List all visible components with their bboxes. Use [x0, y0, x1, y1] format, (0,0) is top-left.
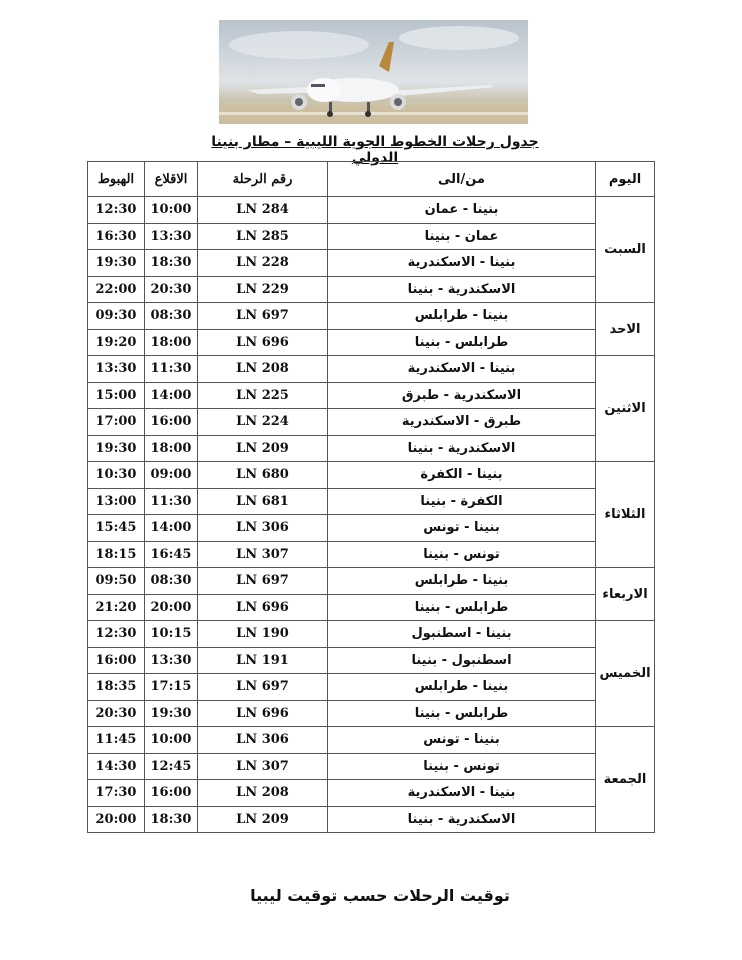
route-cell: الكفرة - بنينا	[328, 488, 596, 515]
departure-cell: 18:00	[145, 329, 198, 356]
table-row: السبتبنينا - عمانLN 28410:0012:30	[88, 197, 655, 224]
table-row: اسطنبول - بنيناLN 19113:3016:00	[88, 647, 655, 674]
route-cell: بنينا - طرابلس	[328, 674, 596, 701]
route-cell: الاسكندرية - طبرق	[328, 382, 596, 409]
airplane-photo	[219, 20, 528, 124]
arrival-cell: 17:30	[88, 780, 145, 807]
table-row: طرابلس - بنيناLN 69618:0019:20	[88, 329, 655, 356]
header-arrival: الهبوط	[88, 162, 145, 197]
flight-number-cell: LN 307	[198, 541, 328, 568]
route-cell: طرابلس - بنينا	[328, 700, 596, 727]
header-route: من/الى	[328, 162, 596, 197]
route-cell: طبرق - الاسكندرية	[328, 409, 596, 436]
arrival-cell: 09:30	[88, 303, 145, 330]
day-cell: الاثنين	[596, 356, 655, 462]
day-cell: الجمعة	[596, 727, 655, 833]
table-row: تونس - بنيناLN 30716:4518:15	[88, 541, 655, 568]
flight-number-cell: LN 209	[198, 806, 328, 833]
flight-number-cell: LN 191	[198, 647, 328, 674]
arrival-cell: 13:30	[88, 356, 145, 383]
table-row: الخميسبنينا - اسطنبولLN 19010:1512:30	[88, 621, 655, 648]
day-cell: الخميس	[596, 621, 655, 727]
table-row: بنينا - الاسكندريةLN 20816:0017:30	[88, 780, 655, 807]
departure-cell: 18:30	[145, 250, 198, 277]
header-flight-number: رقم الرحلة	[198, 162, 328, 197]
arrival-cell: 18:35	[88, 674, 145, 701]
arrival-cell: 16:30	[88, 223, 145, 250]
arrival-cell: 15:45	[88, 515, 145, 542]
table-row: عمان - بنيناLN 28513:3016:30	[88, 223, 655, 250]
arrival-cell: 21:20	[88, 594, 145, 621]
flight-number-cell: LN 208	[198, 356, 328, 383]
route-cell: بنينا - تونس	[328, 727, 596, 754]
flight-number-cell: LN 307	[198, 753, 328, 780]
route-cell: بنينا - الكفرة	[328, 462, 596, 489]
departure-cell: 18:30	[145, 806, 198, 833]
table-row: الاسكندرية - بنيناLN 20918:3020:00	[88, 806, 655, 833]
table-row: طرابلس - بنيناLN 69620:0021:20	[88, 594, 655, 621]
route-cell: بنينا - الاسكندرية	[328, 356, 596, 383]
flight-number-cell: LN 680	[198, 462, 328, 489]
flight-number-cell: LN 208	[198, 780, 328, 807]
route-cell: تونس - بنينا	[328, 541, 596, 568]
route-cell: بنينا - عمان	[328, 197, 596, 224]
flight-number-cell: LN 697	[198, 568, 328, 595]
route-cell: طرابلس - بنينا	[328, 329, 596, 356]
arrival-cell: 09:50	[88, 568, 145, 595]
table-row: الاحدبنينا - طرابلسLN 69708:3009:30	[88, 303, 655, 330]
table-header-row: اليوم من/الى رقم الرحلة الاقلاع الهبوط	[88, 162, 655, 197]
departure-cell: 08:30	[145, 568, 198, 595]
route-cell: الاسكندرية - بنينا	[328, 435, 596, 462]
departure-cell: 14:00	[145, 382, 198, 409]
route-cell: بنينا - طرابلس	[328, 568, 596, 595]
table-row: الثلاثاءبنينا - الكفرةLN 68009:0010:30	[88, 462, 655, 489]
day-cell: الاحد	[596, 303, 655, 356]
route-cell: بنينا - تونس	[328, 515, 596, 542]
arrival-cell: 19:20	[88, 329, 145, 356]
arrival-cell: 20:30	[88, 700, 145, 727]
header-day: اليوم	[596, 162, 655, 197]
route-cell: بنينا - اسطنبول	[328, 621, 596, 648]
departure-cell: 14:00	[145, 515, 198, 542]
departure-cell: 11:30	[145, 356, 198, 383]
table-row: الكفرة - بنيناLN 68111:3013:00	[88, 488, 655, 515]
arrival-cell: 12:30	[88, 621, 145, 648]
departure-cell: 12:45	[145, 753, 198, 780]
flight-number-cell: LN 306	[198, 515, 328, 542]
flight-number-cell: LN 229	[198, 276, 328, 303]
table-body: السبتبنينا - عمانLN 28410:0012:30عمان - …	[88, 197, 655, 833]
arrival-cell: 19:30	[88, 435, 145, 462]
table-row: بنينا - طرابلسLN 69717:1518:35	[88, 674, 655, 701]
flight-number-cell: LN 696	[198, 700, 328, 727]
table-row: الاربعاءبنينا - طرابلسLN 69708:3009:50	[88, 568, 655, 595]
route-cell: عمان - بنينا	[328, 223, 596, 250]
departure-cell: 16:00	[145, 409, 198, 436]
departure-cell: 13:30	[145, 223, 198, 250]
table-row: طرابلس - بنيناLN 69619:3020:30	[88, 700, 655, 727]
flight-number-cell: LN 284	[198, 197, 328, 224]
departure-cell: 13:30	[145, 647, 198, 674]
table-row: الجمعةبنينا - تونسLN 30610:0011:45	[88, 727, 655, 754]
departure-cell: 16:00	[145, 780, 198, 807]
route-cell: طرابلس - بنينا	[328, 594, 596, 621]
table-row: بنينا - تونسLN 30614:0015:45	[88, 515, 655, 542]
departure-cell: 17:15	[145, 674, 198, 701]
arrival-cell: 14:30	[88, 753, 145, 780]
arrival-cell: 13:00	[88, 488, 145, 515]
departure-cell: 16:45	[145, 541, 198, 568]
table-row: الاسكندرية - بنيناLN 22920:3022:00	[88, 276, 655, 303]
arrival-cell: 22:00	[88, 276, 145, 303]
flight-number-cell: LN 681	[198, 488, 328, 515]
header-departure: الاقلاع	[145, 162, 198, 197]
departure-cell: 08:30	[145, 303, 198, 330]
departure-cell: 11:30	[145, 488, 198, 515]
flight-number-cell: LN 697	[198, 303, 328, 330]
flight-number-cell: LN 228	[198, 250, 328, 277]
table-row: بنينا - الاسكندريةLN 22818:3019:30	[88, 250, 655, 277]
route-cell: بنينا - طرابلس	[328, 303, 596, 330]
flight-number-cell: LN 209	[198, 435, 328, 462]
departure-cell: 10:00	[145, 197, 198, 224]
departure-cell: 18:00	[145, 435, 198, 462]
departure-cell: 09:00	[145, 462, 198, 489]
departure-cell: 19:30	[145, 700, 198, 727]
arrival-cell: 11:45	[88, 727, 145, 754]
table-row: الاسكندرية - طبرقLN 22514:0015:00	[88, 382, 655, 409]
departure-cell: 20:30	[145, 276, 198, 303]
arrival-cell: 12:30	[88, 197, 145, 224]
flight-number-cell: LN 696	[198, 594, 328, 621]
flight-schedule-table: اليوم من/الى رقم الرحلة الاقلاع الهبوط ا…	[87, 161, 655, 833]
departure-cell: 20:00	[145, 594, 198, 621]
table-row: طبرق - الاسكندريةLN 22416:0017:00	[88, 409, 655, 436]
departure-cell: 10:15	[145, 621, 198, 648]
flight-number-cell: LN 285	[198, 223, 328, 250]
day-cell: السبت	[596, 197, 655, 303]
day-cell: الاربعاء	[596, 568, 655, 621]
route-cell: تونس - بنينا	[328, 753, 596, 780]
route-cell: بنينا - الاسكندرية	[328, 250, 596, 277]
flight-number-cell: LN 190	[198, 621, 328, 648]
table-row: الاسكندرية - بنيناLN 20918:0019:30	[88, 435, 655, 462]
departure-cell: 10:00	[145, 727, 198, 754]
airplane-icon	[219, 20, 528, 124]
day-cell: الثلاثاء	[596, 462, 655, 568]
arrival-cell: 19:30	[88, 250, 145, 277]
arrival-cell: 18:15	[88, 541, 145, 568]
arrival-cell: 16:00	[88, 647, 145, 674]
flight-number-cell: LN 306	[198, 727, 328, 754]
route-cell: الاسكندرية - بنينا	[328, 806, 596, 833]
table-row: الاثنينبنينا - الاسكندريةLN 20811:3013:3…	[88, 356, 655, 383]
route-cell: اسطنبول - بنينا	[328, 647, 596, 674]
arrival-cell: 15:00	[88, 382, 145, 409]
flight-number-cell: LN 224	[198, 409, 328, 436]
route-cell: الاسكندرية - بنينا	[328, 276, 596, 303]
route-cell: بنينا - الاسكندرية	[328, 780, 596, 807]
arrival-cell: 10:30	[88, 462, 145, 489]
flight-number-cell: LN 696	[198, 329, 328, 356]
arrival-cell: 20:00	[88, 806, 145, 833]
table-row: تونس - بنيناLN 30712:4514:30	[88, 753, 655, 780]
flight-number-cell: LN 697	[198, 674, 328, 701]
timezone-note: توقيت الرحلات حسب توقيت ليبيا	[220, 886, 540, 905]
flight-number-cell: LN 225	[198, 382, 328, 409]
arrival-cell: 17:00	[88, 409, 145, 436]
